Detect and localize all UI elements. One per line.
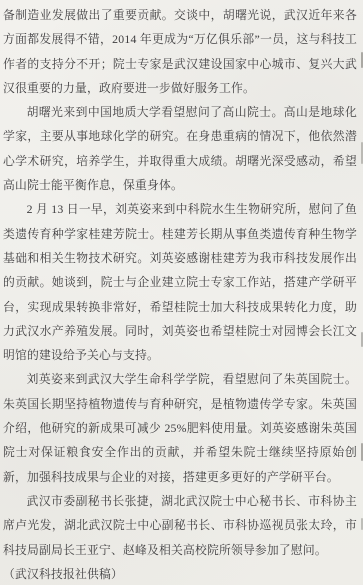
paragraph-hushuguang-gaoshan: 胡曙光来到中国地质大学看望慰问了高山院士。高山是地球化学家，主要从事地球化学的研… [3,100,357,197]
paragraph-continuation: 备制造业发展做出了重要贡献。交谈中，胡曙光说，武汉近年来各方面都发展得不错，20… [3,3,357,100]
scanned-document-page: 备制造业发展做出了重要贡献。交谈中，胡曙光说，武汉近年来各方面都发展得不错，20… [0,0,363,585]
article-body: 备制造业发展做出了重要贡献。交谈中，胡曙光说，武汉近年来各方面都发展得不错，20… [3,3,357,585]
paragraph-liuyingzi-zhuyingguo: 刘英姿来到武汉大学生命科学学院，看望慰问了朱英国院士。朱英国长期坚持植物遗传与育… [3,367,357,488]
byline-source-credit: （武汉科技报社供稿） [3,562,357,585]
paragraph-liuyingzi-guijianfang: 2 月 13 日一早，刘英姿来到中科院水生生物研究所，慰问了鱼类遗传育种学家桂建… [3,197,357,367]
paragraph-attendees: 武汉市委副秘书长张捷，湖北武汉院士中心秘书长、市科协主席卢光发，湖北武汉院士中心… [3,489,357,562]
